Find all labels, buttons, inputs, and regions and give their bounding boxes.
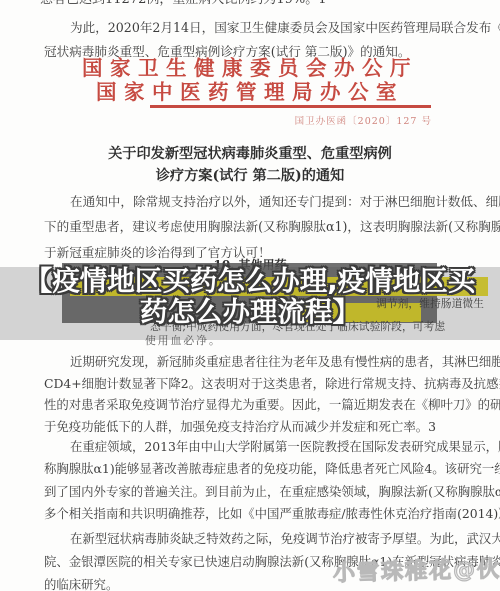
paragraph-notice-detail: 在通知中，除常规支持治疗以外，通知还专门提到：对于淋巴细胞计数低、细胞免疫功能低… <box>44 189 500 265</box>
paragraph-line: 在新型冠状病毒肺炎缺乏特效药之际，免疫调节治疗被寄予厚望。为此，武汉大学中南医 <box>44 527 500 550</box>
paragraph-line: 近期研究发现，新冠肺炎重症患者往往为老年及患有慢性病的患者，其淋巴细胞计数和 <box>44 351 500 373</box>
paragraph-line: 在通知中，除常规支持治疗以外，通知还专门提到：对于淋巴细胞计数低、细胞免疫功能低 <box>44 189 500 214</box>
paragraph-line: 在重症领域，2013年由中山大学附属第一医院教授在国际发表研究成果显示，胸腺法新… <box>44 436 500 458</box>
document-number: 国卫办医函〔2020〕127 号 <box>295 113 432 127</box>
paragraph-line: 到了国内外专家的普遍关注。到目前为止，在重症感染领域，胸腺法新(又称胸腺肽α1)… <box>44 481 500 503</box>
letterhead-line: 国家卫生健康委员会办公厅 <box>0 57 500 81</box>
paragraph-line: 称胸腺肽α1)能够显著改善脓毒症患者的免疫功能，降低患者死亡风险4。该研究一经发… <box>44 458 500 480</box>
paragraph-severe-field: 在重症领域，2013年由中山大学附属第一医院教授在国际发表研究成果显示，胸腺法新… <box>44 436 500 526</box>
letterhead-line: 国家中医药管理局办公室 <box>0 81 500 105</box>
agency-letterhead: 国家卫生健康委员会办公厅 国家中医药管理局办公室 <box>0 57 500 104</box>
paragraph-line: 于免疫功能低下的人群，加强免疫支持治疗从而减少并发症和死亡率。3 <box>44 416 500 438</box>
notice-title: 关于印发新型冠状病毒肺炎重型、危重型病例 诊疗方案(试行 第二版)的通知 <box>0 144 500 187</box>
clipped-top-line: 患者已达到11272例，重症病人比例约为19%。1 <box>40 0 327 7</box>
notice-title-line: 诊疗方案(试行 第二版)的通知 <box>0 166 500 188</box>
overlay-headline: 【疫情地区买药怎么办理,疫情地区买 药怎么办理流程】 <box>0 266 500 328</box>
paragraph-line: 性的对患者采取免疫调节治疗显得尤为重要。因此，一篇近期发表在《柳叶刀》的研究认为… <box>44 394 500 416</box>
notice-title-line: 关于印发新型冠状病毒肺炎重型、危重型病例 <box>0 144 500 166</box>
letterhead-divider <box>150 105 431 108</box>
overlay-headline-line: 【疫情地区买药怎么办理,疫情地区买 <box>0 266 500 297</box>
document-photo: 患者已达到11272例，重症病人比例约为19%。1 为此，2020年2月14日，… <box>0 0 500 591</box>
paragraph-line: 多个相关指南和共识明确推荐，比如《中国严重脓毒症/脓毒性休克治疗指南(2014)… <box>44 503 500 525</box>
paragraph-research: 近期研究发现，新冠肺炎重症患者往往为老年及患有慢性病的患者，其淋巴细胞计数和 C… <box>44 351 500 438</box>
overlay-headline-line: 药怎么办理流程】 <box>0 297 500 328</box>
photo-watermark: 小雪珠稚花@伙伴 <box>333 551 500 587</box>
paragraph-line: 为此，2020年2月14日，国家卫生健康委员会及国家中医药管理局联合发布《关于印… <box>44 16 500 40</box>
paragraph-line: 下的重型患者，建议考虑使用胸腺法新(又称胸腺肽α1)，这表明胸腺法新(又称胸腺肽… <box>44 214 500 239</box>
obscured-text-fragment: 使用血必净。 <box>145 333 222 348</box>
paragraph-line: CD4+细胞计数显著下降2。这表明对于这类患者，除进行常规支持、抗病毒及抗感染治… <box>44 373 500 395</box>
